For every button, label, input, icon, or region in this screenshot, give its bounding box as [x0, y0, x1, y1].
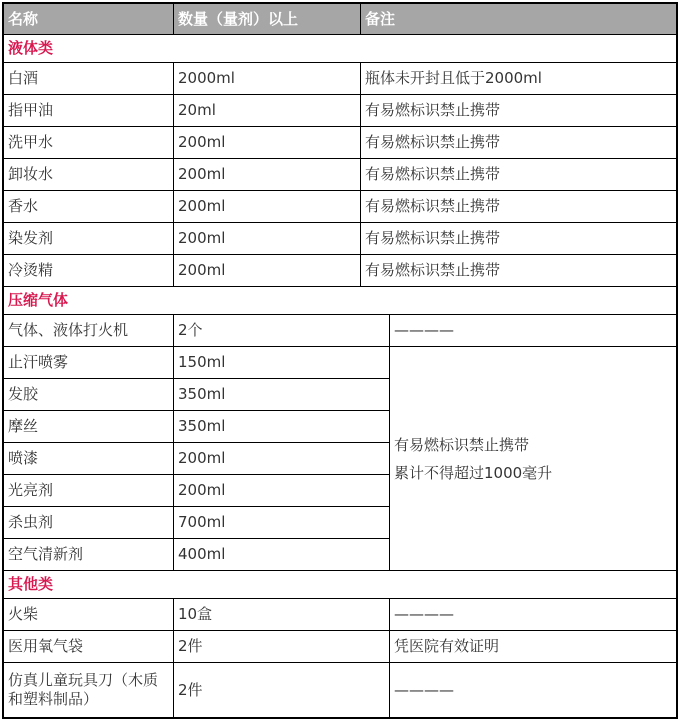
item-note-cell: 有易燃标识禁止携带: [361, 191, 677, 223]
item-qty-cell: 200ml: [174, 255, 361, 287]
section-title-gases: 压缩气体: [4, 287, 677, 315]
item-qty-cell: 10盒: [174, 599, 390, 631]
item-name-cell: 洗甲水: [4, 127, 174, 159]
merged-note-cell: 有易燃标识禁止携带 累计不得超过1000毫升: [390, 347, 677, 571]
item-name-cell: 杀虫剂: [4, 507, 174, 539]
table-row: 染发剂 200ml 有易燃标识禁止携带: [4, 223, 677, 255]
table-section-liquids: 名称 数量（量剂）以上 备注 液体类 白酒 2000ml 瓶体未开封且低于200…: [3, 3, 677, 287]
table-row: 冷烫精 200ml 有易燃标识禁止携带: [4, 255, 677, 287]
restricted-items-table: 名称 数量（量剂）以上 备注 液体类 白酒 2000ml 瓶体未开封且低于200…: [2, 2, 678, 719]
item-name-cell: 白酒: [4, 63, 174, 95]
item-qty-cell: 2件: [174, 631, 390, 663]
column-header-remark: 备注: [361, 4, 677, 35]
item-qty-cell: 200ml: [174, 159, 361, 191]
table-row: 香水 200ml 有易燃标识禁止携带: [4, 191, 677, 223]
column-header-name: 名称: [4, 4, 174, 35]
item-qty-cell: 150ml: [174, 347, 390, 379]
item-qty-cell: 200ml: [174, 191, 361, 223]
item-name-cell: 指甲油: [4, 95, 174, 127]
item-name-cell: 止汗喷雾: [4, 347, 174, 379]
item-qty-cell: 200ml: [174, 223, 361, 255]
item-name-cell: 香水: [4, 191, 174, 223]
item-name-cell: 火柴: [4, 599, 174, 631]
table-row: 仿真儿童玩具刀（木质和塑料制品） 2件 ————: [4, 663, 677, 718]
table-row: 止汗喷雾 150ml 有易燃标识禁止携带 累计不得超过1000毫升: [4, 347, 677, 379]
item-qty-cell: 2个: [174, 315, 390, 347]
table-row: 白酒 2000ml 瓶体未开封且低于2000ml: [4, 63, 677, 95]
table-section-others: 其他类 火柴 10盒 ———— 医用氧气袋 2件 凭医院有效证明 仿真儿童玩具刀…: [3, 570, 677, 718]
item-name-cell: 空气清新剂: [4, 539, 174, 571]
item-name-cell: 卸妆水: [4, 159, 174, 191]
item-note-cell: 有易燃标识禁止携带: [361, 95, 677, 127]
item-qty-cell: 20ml: [174, 95, 361, 127]
table-row: 卸妆水 200ml 有易燃标识禁止携带: [4, 159, 677, 191]
table-section-gases: 压缩气体 气体、液体打火机 2个 ———— 止汗喷雾 150ml 有易燃标识禁止…: [3, 286, 677, 571]
item-qty-cell: 400ml: [174, 539, 390, 571]
table-row: 火柴 10盒 ————: [4, 599, 677, 631]
item-qty-cell: 700ml: [174, 507, 390, 539]
item-note-cell: ————: [390, 599, 677, 631]
table-row: 指甲油 20ml 有易燃标识禁止携带: [4, 95, 677, 127]
table-row: 洗甲水 200ml 有易燃标识禁止携带: [4, 127, 677, 159]
item-note-cell: 有易燃标识禁止携带: [361, 255, 677, 287]
column-header-quantity: 数量（量剂）以上: [174, 4, 361, 35]
item-name-cell: 染发剂: [4, 223, 174, 255]
section-title-liquids: 液体类: [4, 35, 677, 63]
item-name-cell: 医用氧气袋: [4, 631, 174, 663]
section-row-gases: 压缩气体: [4, 287, 677, 315]
section-row-others: 其他类: [4, 571, 677, 599]
item-qty-cell: 200ml: [174, 127, 361, 159]
item-note-cell: 瓶体未开封且低于2000ml: [361, 63, 677, 95]
table-header-row: 名称 数量（量剂）以上 备注: [4, 4, 677, 35]
item-name-cell: 摩丝: [4, 411, 174, 443]
merged-note-line-2: 累计不得超过1000毫升: [394, 459, 673, 487]
item-name-cell: 仿真儿童玩具刀（木质和塑料制品）: [4, 663, 174, 718]
item-qty-cell: 200ml: [174, 443, 390, 475]
item-note-cell: 有易燃标识禁止携带: [361, 223, 677, 255]
table-row: 医用氧气袋 2件 凭医院有效证明: [4, 631, 677, 663]
item-note-cell: ————: [390, 663, 677, 718]
merged-note-line-1: 有易燃标识禁止携带: [394, 431, 673, 459]
item-qty-cell: 350ml: [174, 379, 390, 411]
item-note-cell: ————: [390, 315, 677, 347]
item-name-cell: 发胶: [4, 379, 174, 411]
item-qty-cell: 2件: [174, 663, 390, 718]
item-qty-cell: 200ml: [174, 475, 390, 507]
table-row: 气体、液体打火机 2个 ————: [4, 315, 677, 347]
item-note-cell: 有易燃标识禁止携带: [361, 159, 677, 191]
item-name-cell: 气体、液体打火机: [4, 315, 174, 347]
section-title-others: 其他类: [4, 571, 677, 599]
item-note-cell: 凭医院有效证明: [390, 631, 677, 663]
item-name-cell: 光亮剂: [4, 475, 174, 507]
item-name-cell: 喷漆: [4, 443, 174, 475]
item-qty-cell: 350ml: [174, 411, 390, 443]
item-note-cell: 有易燃标识禁止携带: [361, 127, 677, 159]
item-name-cell: 冷烫精: [4, 255, 174, 287]
item-qty-cell: 2000ml: [174, 63, 361, 95]
section-row-liquids: 液体类: [4, 35, 677, 63]
